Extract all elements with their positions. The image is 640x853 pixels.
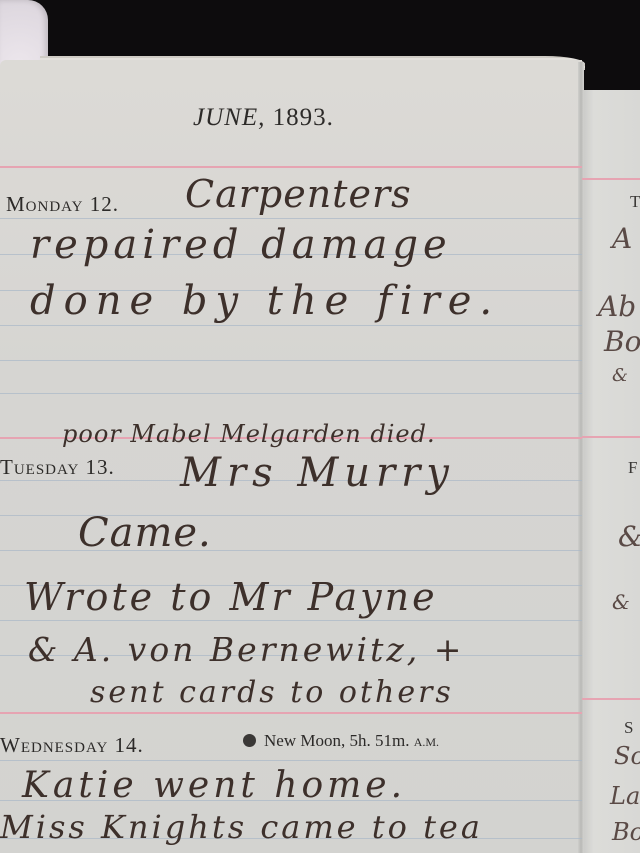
facing-fragment: Bo <box>612 818 640 846</box>
ruled-line <box>0 218 582 219</box>
day-separator-rule <box>0 166 582 168</box>
ruled-line <box>0 393 582 394</box>
moon-phase-text: New Moon, 5h. 51m. <box>264 731 409 750</box>
handwritten-line: & A. von Bernewitz, + <box>28 630 464 669</box>
moon-phase-ampm: A.M. <box>414 735 439 749</box>
facing-fragment: La <box>610 782 640 810</box>
ruled-line <box>0 760 582 761</box>
facing-day-label: S <box>624 718 633 738</box>
day-separator-rule <box>582 436 640 438</box>
handwritten-line: Katie went home. <box>22 765 406 806</box>
handwritten-line: done by the fire. <box>30 278 500 324</box>
handwritten-line: Mrs Murry <box>180 450 455 496</box>
ruled-line <box>0 360 582 361</box>
handwritten-line: repaired damage <box>30 222 452 268</box>
facing-day-label: T <box>630 192 640 212</box>
handwritten-line: Came. <box>78 510 212 556</box>
ruled-line <box>0 620 582 621</box>
year: 1893. <box>273 104 334 131</box>
facing-fragment: & <box>612 590 630 614</box>
day-label-monday: Monday 12. <box>6 192 119 217</box>
handwritten-line: sent cards to others <box>90 675 454 710</box>
handwritten-note: poor Mabel Melgarden died. <box>62 420 436 448</box>
facing-fragment: So <box>614 742 640 770</box>
facing-fragment: Ab <box>598 290 636 323</box>
day-separator-rule <box>0 712 582 714</box>
handwritten-line: Wrote to Mr Payne <box>24 575 438 619</box>
day-label-wednesday: Wednesday 14. <box>0 733 144 758</box>
day-separator-rule <box>582 698 640 700</box>
moon-phase-note: New Moon, 5h. 51m. A.M. <box>243 731 439 751</box>
day-label-tuesday: Tuesday 13. <box>0 455 115 480</box>
new-moon-icon <box>243 734 256 747</box>
month-name: JUNE, <box>193 104 265 131</box>
handwritten-line: Miss Knights came to tea <box>0 808 483 846</box>
handwritten-line: Carpenters <box>185 172 412 216</box>
facing-fragment: & <box>612 365 628 386</box>
book-gutter <box>578 62 584 853</box>
facing-fragment: Bo <box>604 325 640 358</box>
facing-fragment: & <box>618 520 640 553</box>
month-header: JUNE, 1893. <box>193 104 334 132</box>
ruled-line <box>0 325 582 326</box>
facing-fragment: A <box>612 222 632 255</box>
day-separator-rule <box>582 178 640 180</box>
facing-day-label: F <box>628 458 637 478</box>
